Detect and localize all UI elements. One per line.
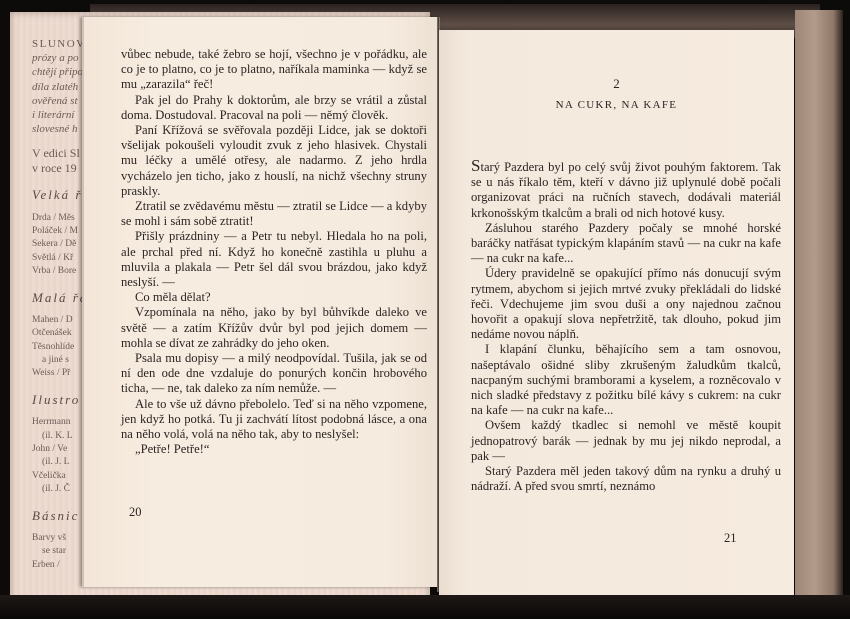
paragraph: Psala mu dopisy — a milý neodpovídal. Tu… [121, 351, 427, 397]
paragraph: Přišly prázdniny — a Petr tu nebyl. Hled… [121, 229, 427, 290]
paragraph: Údery pravidelně se opakující přímo nás … [471, 266, 781, 342]
table-surface [0, 595, 850, 619]
book-cover-right-edge [795, 10, 843, 600]
right-page-body: Starý Pazdera byl po celý svůj život pou… [471, 158, 781, 494]
paragraph: I klapání člunku, běhajícího sem a tam o… [471, 342, 781, 418]
chapter-number: 2 [439, 76, 794, 91]
paragraph: vůbec nebude, také žebro se hojí, všechn… [121, 47, 427, 93]
paragraph: Starý Pazdera měl jeden takový dům na ry… [471, 464, 781, 494]
paragraph: Vzpomínala na něho, jako by byl bůhvíkde… [121, 305, 427, 351]
paragraph: Co měla dělat? [121, 290, 427, 305]
page-number: 21 [724, 531, 737, 546]
paragraph: „Petře! Petře!“ [121, 442, 427, 457]
paragraph: Pak jel do Prahy k doktorům, ale brzy se… [121, 93, 427, 123]
left-page: vůbec nebude, také žebro se hojí, všechn… [82, 17, 440, 587]
page-number: 20 [129, 505, 142, 520]
paragraph: Starý Pazdera byl po celý svůj život pou… [471, 158, 781, 221]
right-page: 2 NA CUKR, NA KAFE Starý Pazdera byl po … [439, 30, 794, 598]
paragraph: Zásluhou starého Pazdery počaly se mnohé… [471, 221, 781, 267]
paragraph: Ovšem každý tkadlec si nemohl ve městě k… [471, 418, 781, 464]
chapter-title: NA CUKR, NA KAFE [439, 98, 794, 113]
paragraph: Ztratil se zvědavému městu — ztratil se … [121, 199, 427, 229]
left-page-body: vůbec nebude, také žebro se hojí, všechn… [121, 47, 427, 457]
paragraph: Paní Křížová se svěřovala později Lidce,… [121, 123, 427, 199]
paragraph: Ale to vše už dávno přebolelo. Teď si na… [121, 397, 427, 443]
